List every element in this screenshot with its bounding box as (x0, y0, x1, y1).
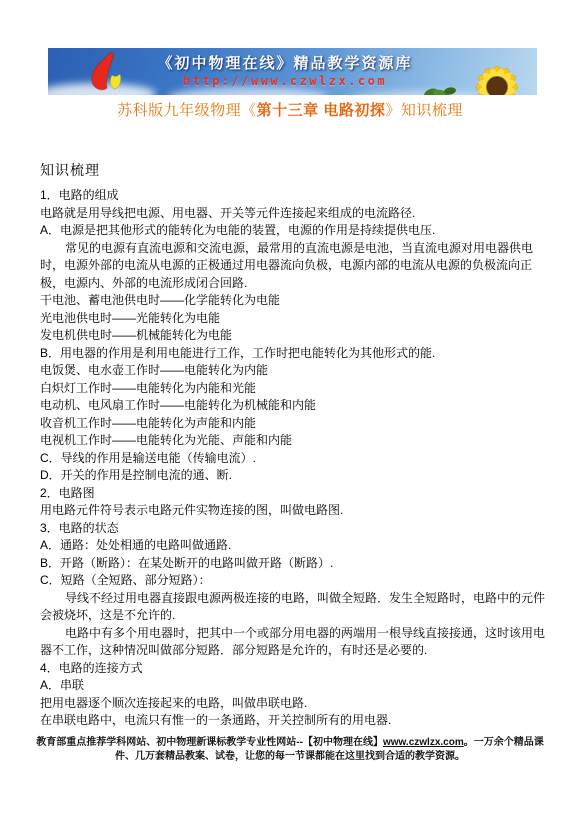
body-paragraph: 导线不经过用电器直接跟电源两极连接的电路，叫做全短路．发生全短路时，电路中的元件… (40, 590, 548, 625)
body-paragraph: 4．电路的连接方式 (40, 660, 548, 678)
body-paragraph: 常见的电源有直流电源和交流电源，最常用的直流电源是电池，当直流电源对用电器供电时… (40, 240, 548, 293)
body-paragraph: 把用电器逐个顺次连接起来的电路，叫做串联电路. (40, 695, 548, 713)
banner-site-title: 《初中物理在线》精品教学资源库 (133, 52, 437, 73)
document-body: 1．电路的组成 电路就是用导线把电源、用电器、开关等元件连接起来组成的电流路径.… (40, 187, 548, 730)
body-paragraph: 电饭煲、电水壶工作时——电能转化为内能 (40, 362, 548, 380)
body-paragraph: 2．电路图 (40, 485, 548, 503)
footer-site-link[interactable]: www.czwlzx.com (383, 737, 464, 748)
body-paragraph: 发电机供电时——机械能转化为电能 (40, 327, 548, 345)
cloud-decoration (168, 87, 328, 95)
body-paragraph: 光电池供电时——光能转化为电能 (40, 310, 548, 328)
section-heading: 知识梳理 (40, 160, 100, 180)
flame-logo-icon (84, 51, 130, 93)
page-footer: 教育部重点推荐学科网站、初中物理新课标教学专业性网站--【初中物理在线】www.… (36, 736, 544, 764)
body-paragraph: 白炽灯工作时——电能转化为内能和光能 (40, 380, 548, 398)
body-paragraph: A．通路：处处相通的电路叫做通路. (40, 537, 548, 555)
page-title-prefix: 苏科版九年级物理《 (117, 102, 257, 119)
body-paragraph: 电视机工作时——电能转化为光能、声能和内能 (40, 432, 548, 450)
body-paragraph: 1．电路的组成 (40, 187, 548, 205)
body-paragraph: C．短路（全短路、部分短路）： (40, 572, 548, 590)
body-paragraph: 电动机、电风扇工作时——电能转化为机械能和内能 (40, 397, 548, 415)
body-paragraph: 电路中有多个用电器时，把其中一个或部分用电器的两端用一根导线直接接通，这时该用电… (40, 625, 548, 660)
page-title-suffix: 》知识梳理 (385, 102, 463, 119)
page-title-chapter: 第十三章 电路初探 (257, 102, 386, 119)
body-paragraph: 用电路元件符号表示电路元件实物连接的图，叫做电路图. (40, 502, 548, 520)
body-paragraph: 3．电路的状态 (40, 520, 548, 538)
sunflower-icon (451, 57, 529, 95)
banner-site-url: http://www.czwlzx.com (133, 74, 437, 88)
body-paragraph: 收音机工作时——电能转化为声能和内能 (40, 415, 548, 433)
body-paragraph: 在串联电路中，电流只有惟一的一条通路，开关控制所有的用电器. (40, 712, 548, 730)
body-paragraph: A．电源是把其他形式的能转化为电能的装置，电源的作用是持续提供电压. (40, 222, 548, 240)
site-banner: 《初中物理在线》精品教学资源库 http://www.czwlzx.com (48, 48, 537, 95)
body-paragraph: B．开路（断路）：在某处断开的电路叫做开路（断路）. (40, 555, 548, 573)
body-paragraph: 干电池、蓄电池供电时——化学能转化为电能 (40, 292, 548, 310)
body-paragraph: 电路就是用导线把电源、用电器、开关等元件连接起来组成的电流路径. (40, 205, 548, 223)
page-title: 苏科版九年级物理《第十三章 电路初探》知识梳理 (0, 99, 580, 120)
footer-text-before-link: 教育部重点推荐学科网站、初中物理新课标教学专业性网站--【初中物理在线】 (36, 737, 383, 748)
body-paragraph: B．用电器的作用是利用电能进行工作，工作时把电能转化为其他形式的能. (40, 345, 548, 363)
body-paragraph: D．开关的作用是控制电流的通、断. (40, 467, 548, 485)
body-paragraph: C．导线的作用是输送电能（传输电流）. (40, 450, 548, 468)
body-paragraph: A．串联 (40, 677, 548, 695)
